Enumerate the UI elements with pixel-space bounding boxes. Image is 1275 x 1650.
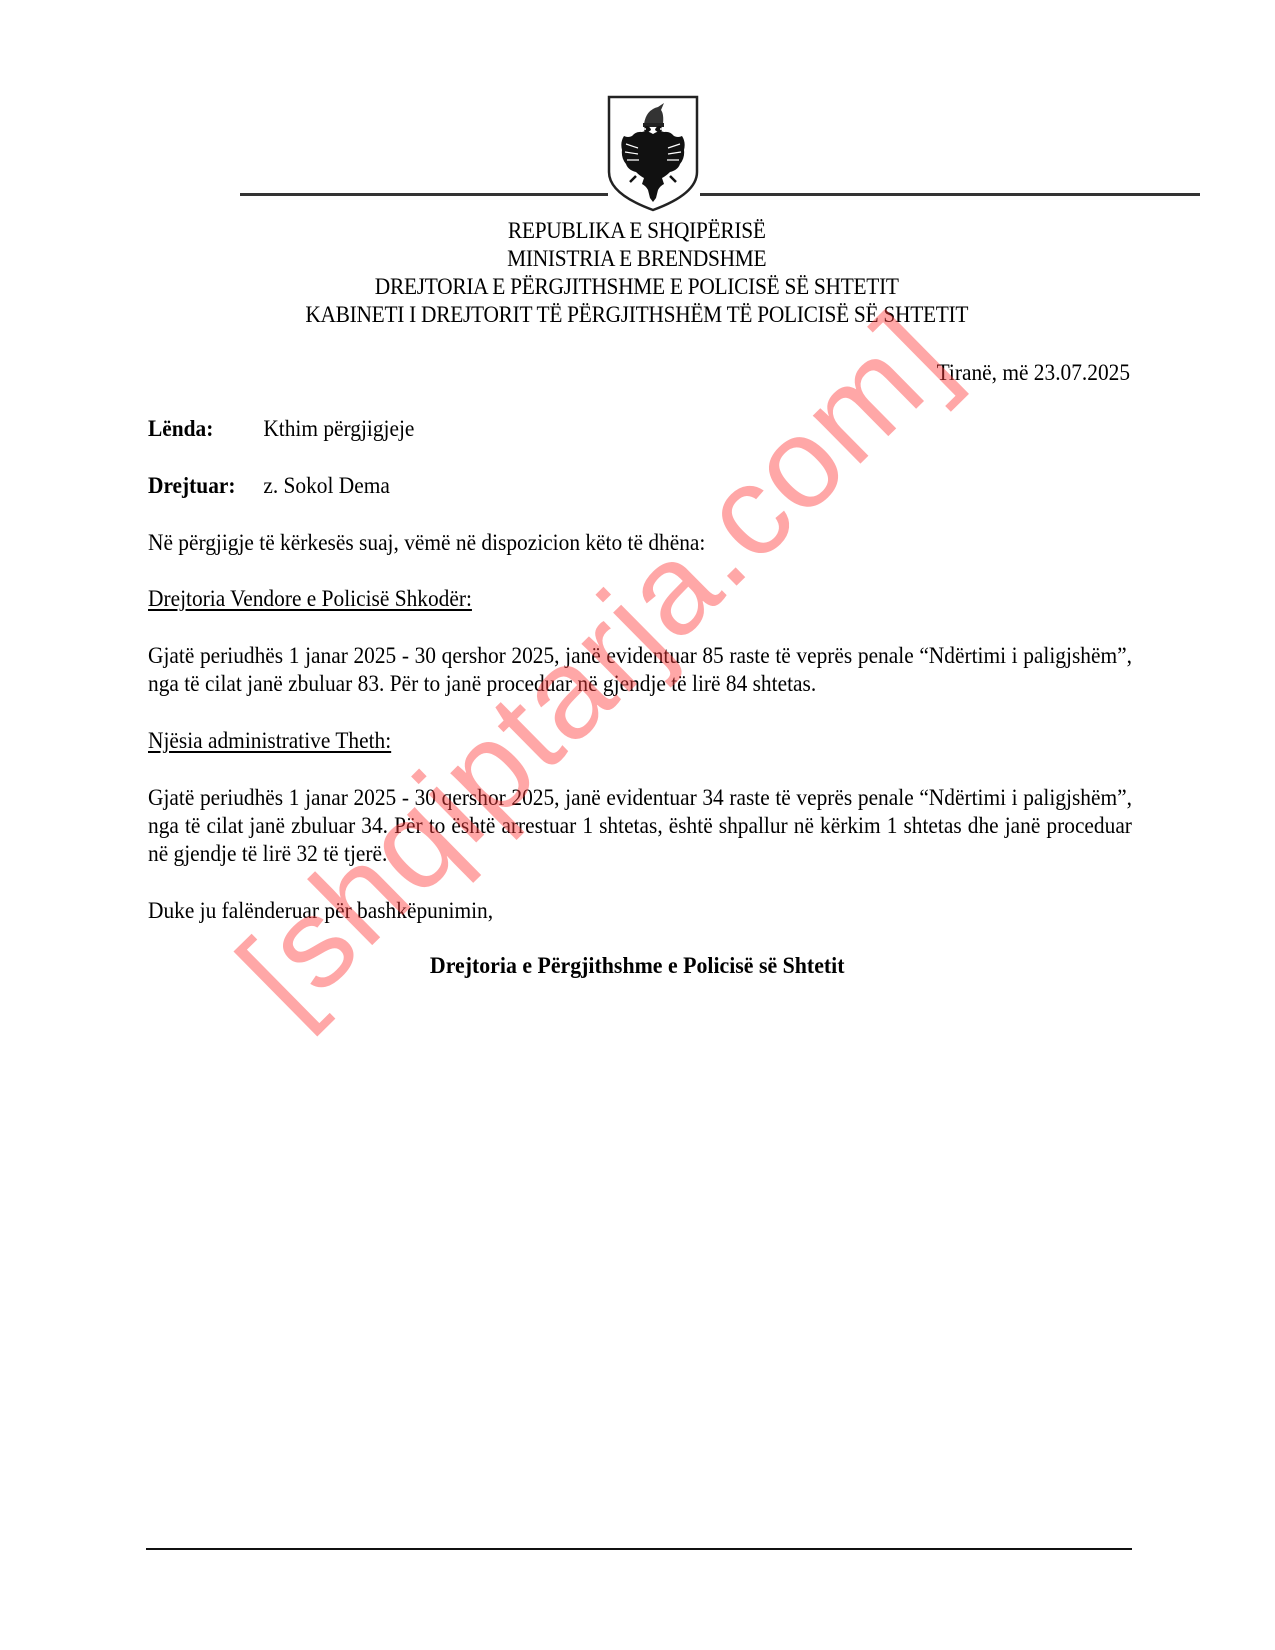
- date-line: Tiranë, më 23.07.2025: [937, 359, 1130, 387]
- addressee-line: Drejtuar:z. Sokol Dema: [148, 472, 390, 500]
- letterhead-line-ministry: MINISTRIA E BRENDSHME: [44, 245, 1230, 273]
- header-rule-right: [700, 193, 1200, 196]
- addressee-value: z. Sokol Dema: [263, 473, 390, 498]
- signature: Drejtoria e Përgjithshme e Policisë së S…: [32, 952, 1243, 980]
- addressee-label: Drejtuar:: [148, 472, 263, 500]
- subject-label: Lënda:: [148, 415, 263, 443]
- header-rule-left: [240, 193, 608, 196]
- section-paragraph-shkoder: Gjatë periudhës 1 janar 2025 - 30 qersho…: [148, 642, 1132, 698]
- letterhead-line-cabinet: KABINETI I DREJTORIT TË PËRGJITHSHËM TË …: [44, 301, 1230, 329]
- subject-value: Kthim përgjigjeje: [263, 416, 414, 441]
- document-page: REPUBLIKA E SHQIPËRISË MINISTRIA E BREND…: [0, 0, 1275, 1650]
- section-paragraph-theth: Gjatë periudhës 1 janar 2025 - 30 qersho…: [148, 784, 1132, 868]
- footer-rule: [146, 1548, 1132, 1550]
- letterhead: REPUBLIKA E SHQIPËRISË MINISTRIA E BREND…: [44, 217, 1230, 329]
- albanian-coat-of-arms-icon: [606, 94, 700, 212]
- letterhead-line-directorate: DREJTORIA E PËRGJITHSHME E POLICISË SË S…: [44, 273, 1230, 301]
- section-heading-shkoder: Drejtoria Vendore e Policisë Shkodër:: [148, 585, 472, 613]
- subject-line: Lënda:Kthim përgjigjeje: [148, 415, 414, 443]
- closing-text: Duke ju falënderuar për bashkëpunimin,: [148, 897, 493, 925]
- letterhead-line-republic: REPUBLIKA E SHQIPËRISË: [44, 217, 1230, 245]
- section-heading-theth: Njësia administrative Theth:: [148, 727, 391, 755]
- intro-text: Në përgjigje të kërkesës suaj, vëmë në d…: [148, 529, 705, 557]
